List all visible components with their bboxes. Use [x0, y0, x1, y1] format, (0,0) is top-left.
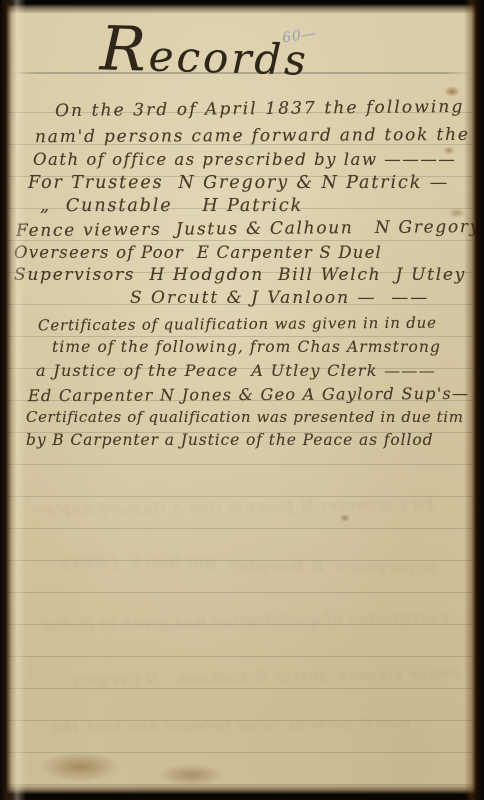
- handwritten-line: For Trustees N Gregory & N Patrick —: [28, 173, 449, 193]
- photo-edge-bottom: [0, 784, 484, 800]
- handwritten-line: Overseers of Poor E Carpenter S Duel: [14, 243, 382, 262]
- handwritten-line: Supervisors H Hodgdon Bill Welch J Utley: [14, 265, 466, 285]
- photo-edge-top: [0, 0, 484, 14]
- handwritten-line: Certificates of qualification was presen…: [26, 408, 464, 426]
- paper-stain: [340, 514, 350, 522]
- handwritten-line: a Justice of the Peace A Utley Clerk ———: [36, 361, 436, 380]
- ink-stain: [444, 86, 460, 97]
- handwritten-line: Oath of office as prescribed by law ————: [33, 150, 456, 169]
- handwritten-line: time of the following, from Chas Armstro…: [52, 338, 441, 356]
- handwritten-line: nam'd persons came forward and took the: [35, 125, 470, 147]
- handwritten-line: Certificates of qualification was given …: [38, 314, 437, 335]
- handwritten-line: Fence viewers Justus & Calhoun N Gregory: [16, 217, 481, 241]
- photo-edge-left: [0, 0, 26, 800]
- ledger-page-photo: Ed Carpenter N Jones & Geo A Gaylord Sup…: [0, 0, 484, 800]
- photo-edge-right: [464, 0, 484, 800]
- paper-stain: [158, 764, 224, 786]
- handwritten-line: by B Carpenter a Justice of the Peace as…: [26, 431, 433, 449]
- handwritten-line: Ed Carpenter N Jones & Geo A Gaylord Sup…: [28, 384, 469, 405]
- page-title: Records: [99, 13, 310, 89]
- handwritten-line: S Orcutt & J Vanloon — ——: [130, 288, 429, 308]
- paper-stain: [40, 752, 120, 782]
- handwritten-line: „ Cunstable H Patrick: [40, 196, 303, 216]
